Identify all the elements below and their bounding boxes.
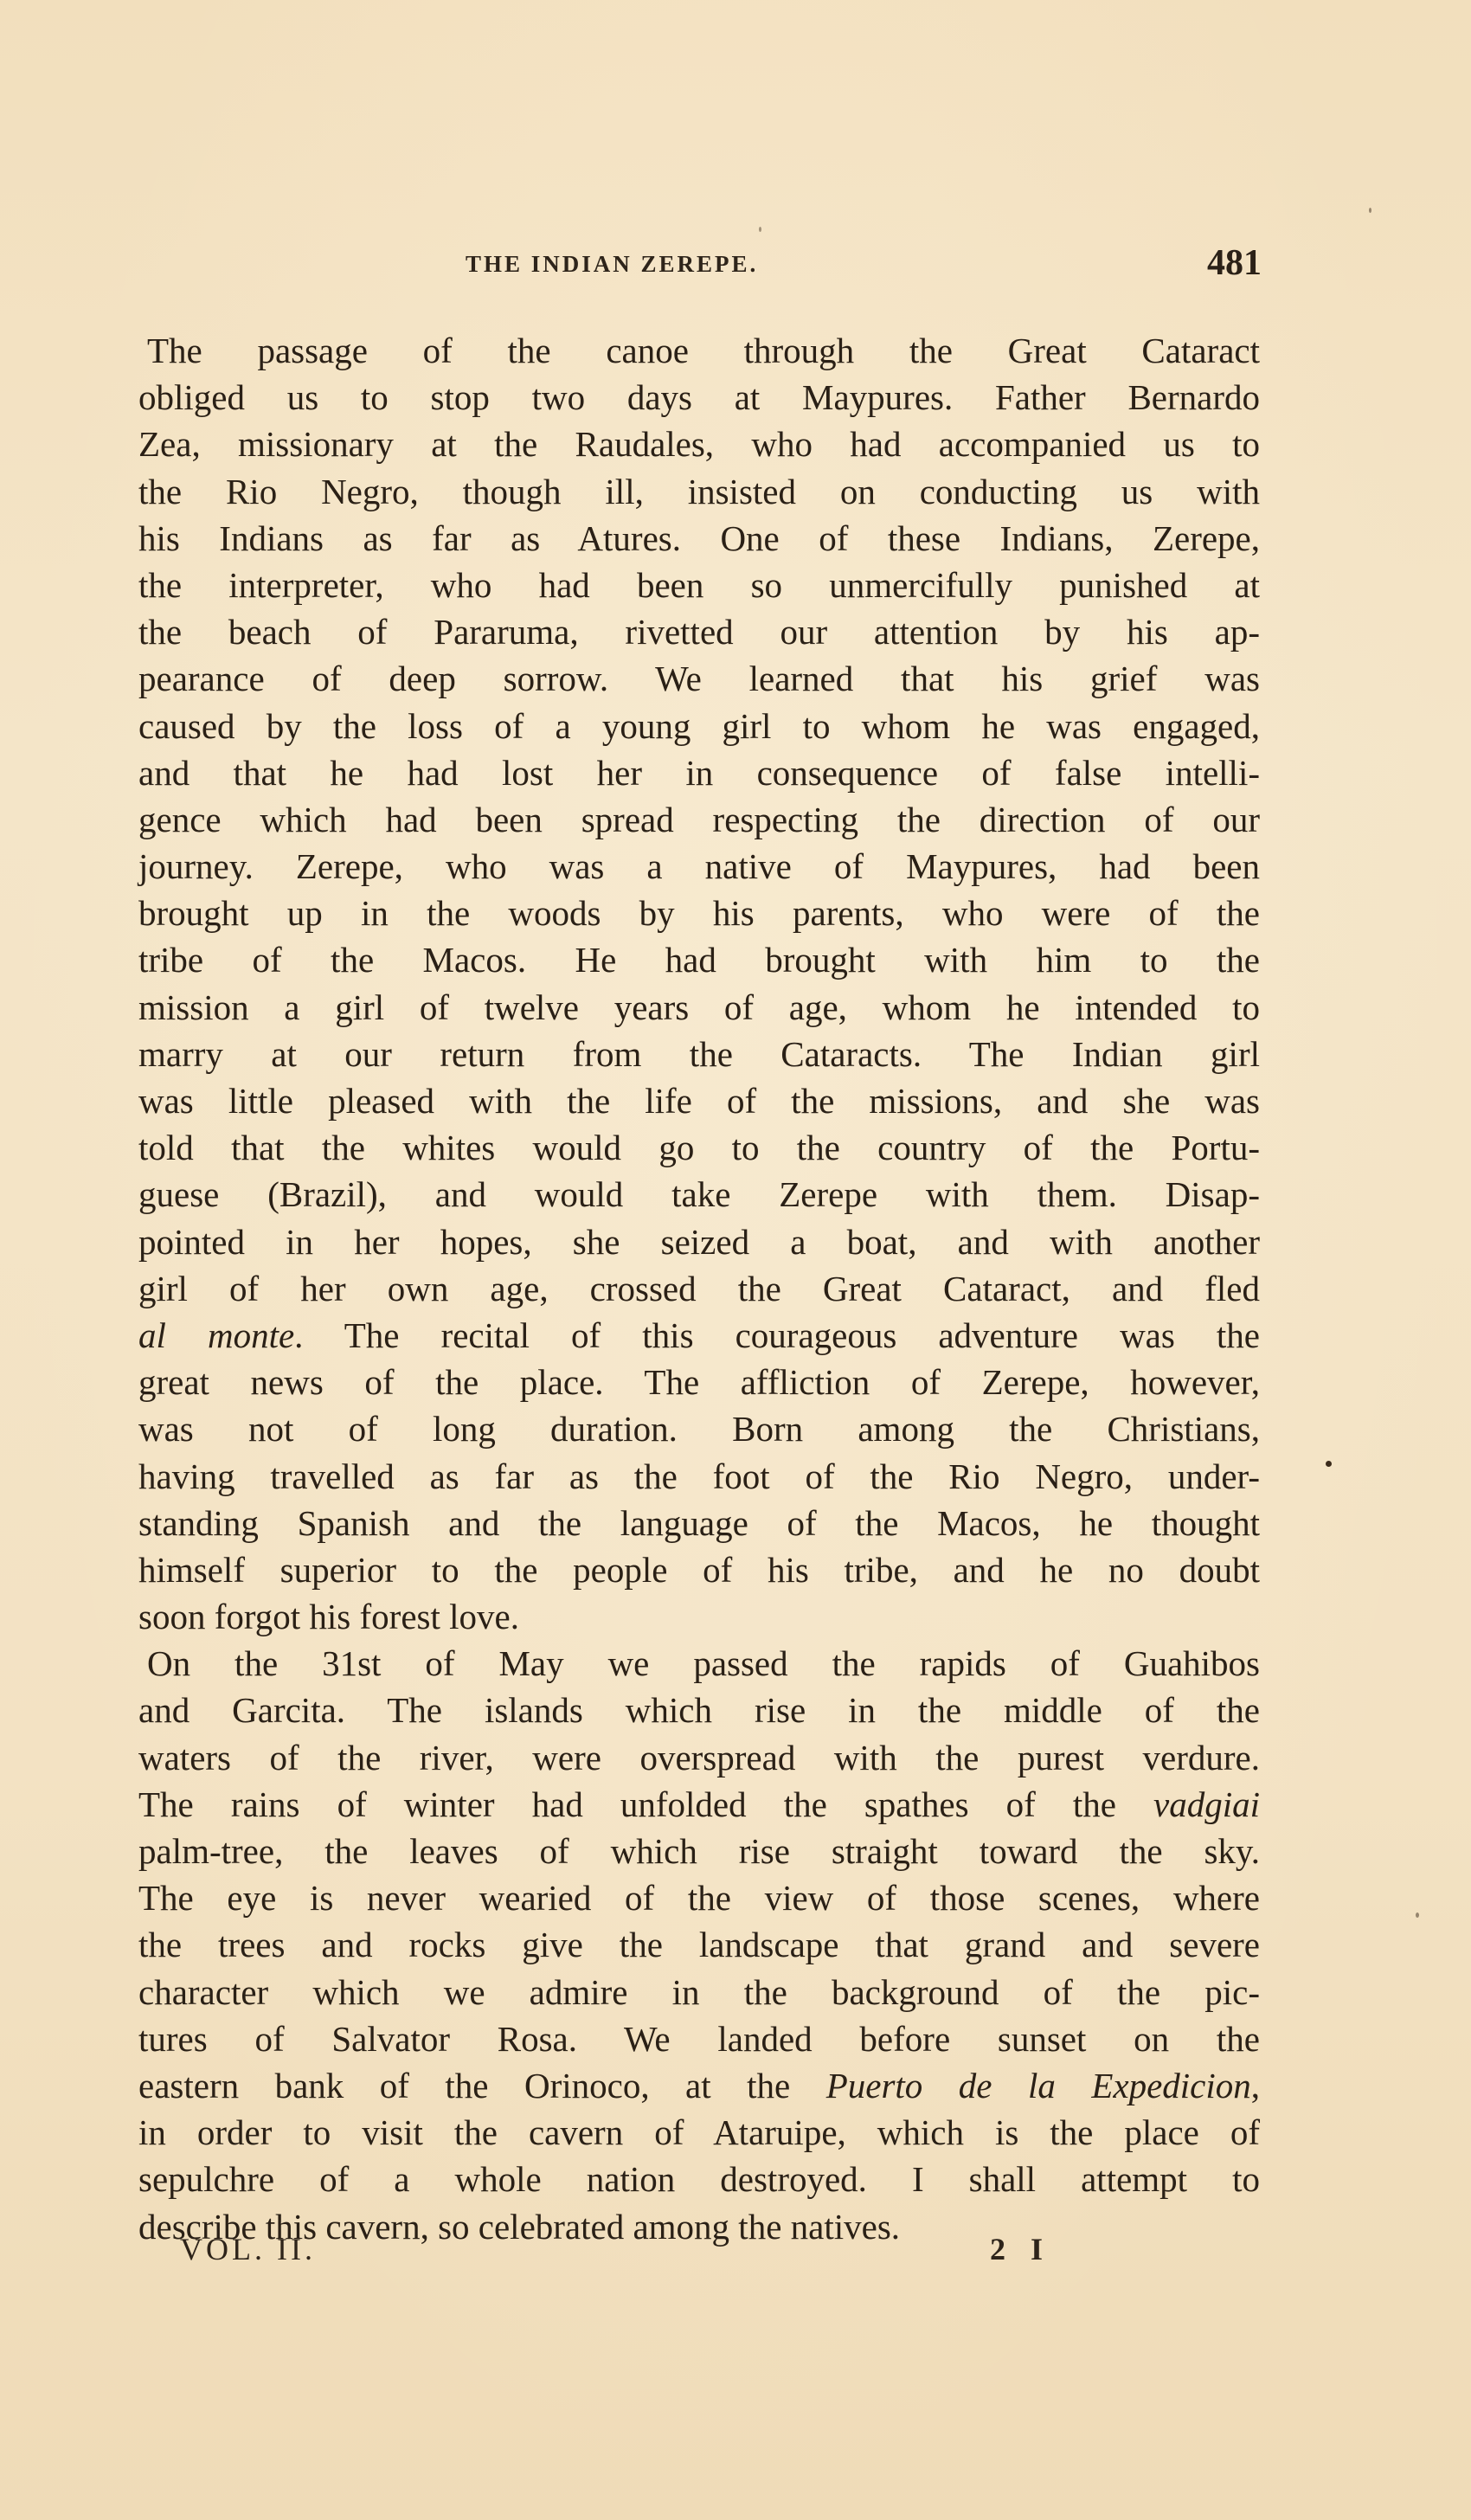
text-line: tures of Salvator Rosa. We landed before… (138, 2015, 1260, 2062)
text-line: himself superior to the people of his tr… (138, 1546, 1260, 1593)
line-text: eastern bank of the Orinoco, at the (138, 2066, 826, 2105)
line-text: caused by the loss of a young girl to wh… (138, 706, 1260, 746)
text-line: girl of her own age, crossed the Great C… (138, 1265, 1260, 1312)
body-text: The passage of the canoe through the Gre… (138, 327, 1260, 2250)
line-text: told that the whites would go to the cou… (138, 1128, 1260, 1167)
text-line: his Indians as far as Atures. One of the… (138, 515, 1260, 562)
text-line: was not of long duration. Born among the… (138, 1405, 1260, 1452)
text-line: and Garcita. The islands which rise in t… (138, 1687, 1260, 1733)
text-line: pearance of deep sorrow. We learned that… (138, 655, 1260, 702)
line-text: pointed in her hopes, she seized a boat,… (138, 1222, 1260, 1262)
italic-phrase: vadgiai (1153, 1784, 1260, 1824)
text-line: obliged us to stop two days at Maypures.… (138, 374, 1260, 421)
line-text: The rains of winter had unfolded the spa… (138, 1784, 1153, 1824)
line-text: mission a girl of twelve years of age, w… (138, 987, 1260, 1027)
text-line: brought up in the woods by his parents, … (138, 890, 1260, 936)
line-text: obliged us to stop two days at Maypures.… (138, 377, 1260, 417)
text-line: al monte. The recital of this courageous… (138, 1312, 1260, 1359)
text-line: palm-tree, the leaves of which rise stra… (138, 1828, 1260, 1874)
text-line: The eye is never wearied of the view of … (138, 1874, 1260, 1921)
text-line: the interpreter, who had been so unmerci… (138, 562, 1260, 608)
line-text: the trees and rocks give the landscape t… (138, 1925, 1260, 1964)
text-line: great news of the place. The affliction … (138, 1359, 1260, 1405)
text-line: and that he had lost her in consequence … (138, 749, 1260, 796)
text-line: the Rio Negro, though ill, insisted on c… (138, 468, 1260, 515)
line-text: the beach of Pararuma, rivetted our atte… (138, 612, 1260, 652)
line-text: journey. Zerepe, who was a native of May… (138, 846, 1260, 886)
running-header: THE INDIAN ZEREPE. 481 (138, 242, 1263, 294)
italic-phrase: Puerto de la Expedicion (826, 2066, 1251, 2105)
signature-mark: 2 I (990, 2231, 1051, 2267)
text-line: On the 31st of May we passed the rapids … (138, 1640, 1260, 1687)
text-line: caused by the loss of a young girl to wh… (138, 703, 1260, 749)
line-text: in order to visit the cavern of Ataruipe… (138, 2112, 1260, 2152)
line-text: and that he had lost her in consequence … (138, 753, 1260, 793)
text-line: waters of the river, were overspread wit… (138, 1734, 1260, 1781)
line-text: himself superior to the people of his tr… (138, 1550, 1260, 1590)
book-page: THE INDIAN ZEREPE. 481 The passage of th… (0, 0, 1471, 2520)
text-line: eastern bank of the Orinoco, at the Puer… (138, 2062, 1260, 2109)
text-line: standing Spanish and the language of the… (138, 1500, 1260, 1546)
paper-speck (759, 227, 761, 232)
line-text: brought up in the woods by his parents, … (138, 893, 1260, 933)
line-text: the interpreter, who had been so unmerci… (138, 565, 1260, 605)
running-title: THE INDIAN ZEREPE. (466, 251, 758, 278)
paper-speck (1326, 1461, 1332, 1467)
text-line: pointed in her hopes, she seized a boat,… (138, 1218, 1260, 1265)
line-text: and Garcita. The islands which rise in t… (138, 1690, 1260, 1730)
line-tail: , (1251, 2066, 1260, 2105)
text-line: was little pleased with the life of the … (138, 1077, 1260, 1124)
page-number: 481 (1207, 242, 1262, 284)
paper-speck (1369, 208, 1371, 213)
text-line: The passage of the canoe through the Gre… (138, 327, 1260, 374)
text-line: marry at our return from the Cataracts. … (138, 1031, 1260, 1077)
line-text: character which we admire in the backgro… (138, 1972, 1260, 2012)
text-line: mission a girl of twelve years of age, w… (138, 984, 1260, 1031)
line-text: gence which had been spread respecting t… (138, 800, 1260, 839)
line-text: was not of long duration. Born among the… (138, 1409, 1260, 1449)
line-text: tures of Salvator Rosa. We landed before… (138, 2019, 1260, 2059)
line-text: Zea, missionary at the Raudales, who had… (138, 424, 1260, 464)
line-text: guese (Brazil), and would take Zerepe wi… (138, 1174, 1260, 1214)
line-text: On the 31st of May we passed the rapids … (147, 1643, 1260, 1683)
text-line: soon forgot his forest love. (138, 1593, 1260, 1640)
line-text: standing Spanish and the language of the… (138, 1503, 1260, 1543)
paper-speck (1416, 1912, 1419, 1918)
page-footer: VOL. II. 2 I (138, 2231, 1263, 2274)
line-text: great news of the place. The affliction … (138, 1362, 1260, 1402)
volume-label: VOL. II. (180, 2231, 316, 2267)
line-text: soon forgot his forest love. (138, 1597, 519, 1636)
text-line: Zea, missionary at the Raudales, who had… (138, 421, 1260, 467)
line-text: girl of her own age, crossed the Great C… (138, 1269, 1260, 1308)
line-text: having travelled as far as the foot of t… (138, 1456, 1260, 1496)
italic-phrase: al monte (138, 1315, 294, 1355)
line-text: palm-tree, the leaves of which rise stra… (138, 1831, 1260, 1871)
text-line: in order to visit the cavern of Ataruipe… (138, 2109, 1260, 2156)
line-text: the Rio Negro, though ill, insisted on c… (138, 472, 1260, 511)
text-line: the beach of Pararuma, rivetted our atte… (138, 608, 1260, 655)
line-text: was little pleased with the life of the … (138, 1081, 1260, 1121)
line-text: tribe of the Macos. He had brought with … (138, 940, 1260, 980)
text-line: having travelled as far as the foot of t… (138, 1453, 1260, 1500)
line-text: marry at our return from the Cataracts. … (138, 1034, 1260, 1074)
line-text: sepulchre of a whole nation destroyed. I… (138, 2159, 1260, 2199)
line-text: The eye is never wearied of the view of … (138, 1878, 1260, 1918)
line-text: waters of the river, were overspread wit… (138, 1738, 1260, 1777)
text-line: sepulchre of a whole nation destroyed. I… (138, 2156, 1260, 2202)
text-line: gence which had been spread respecting t… (138, 796, 1260, 843)
text-line: guese (Brazil), and would take Zerepe wi… (138, 1171, 1260, 1218)
text-line: tribe of the Macos. He had brought with … (138, 936, 1260, 983)
text-line: told that the whites would go to the cou… (138, 1124, 1260, 1171)
text-line: journey. Zerepe, who was a native of May… (138, 843, 1260, 890)
line-text: . The recital of this courageous adventu… (294, 1315, 1260, 1355)
text-line: the trees and rocks give the landscape t… (138, 1921, 1260, 1968)
line-text: The passage of the canoe through the Gre… (147, 331, 1260, 370)
line-text: his Indians as far as Atures. One of the… (138, 518, 1260, 558)
text-line: The rains of winter had unfolded the spa… (138, 1781, 1260, 1828)
text-line: character which we admire in the backgro… (138, 1969, 1260, 2015)
line-text: pearance of deep sorrow. We learned that… (138, 659, 1260, 698)
